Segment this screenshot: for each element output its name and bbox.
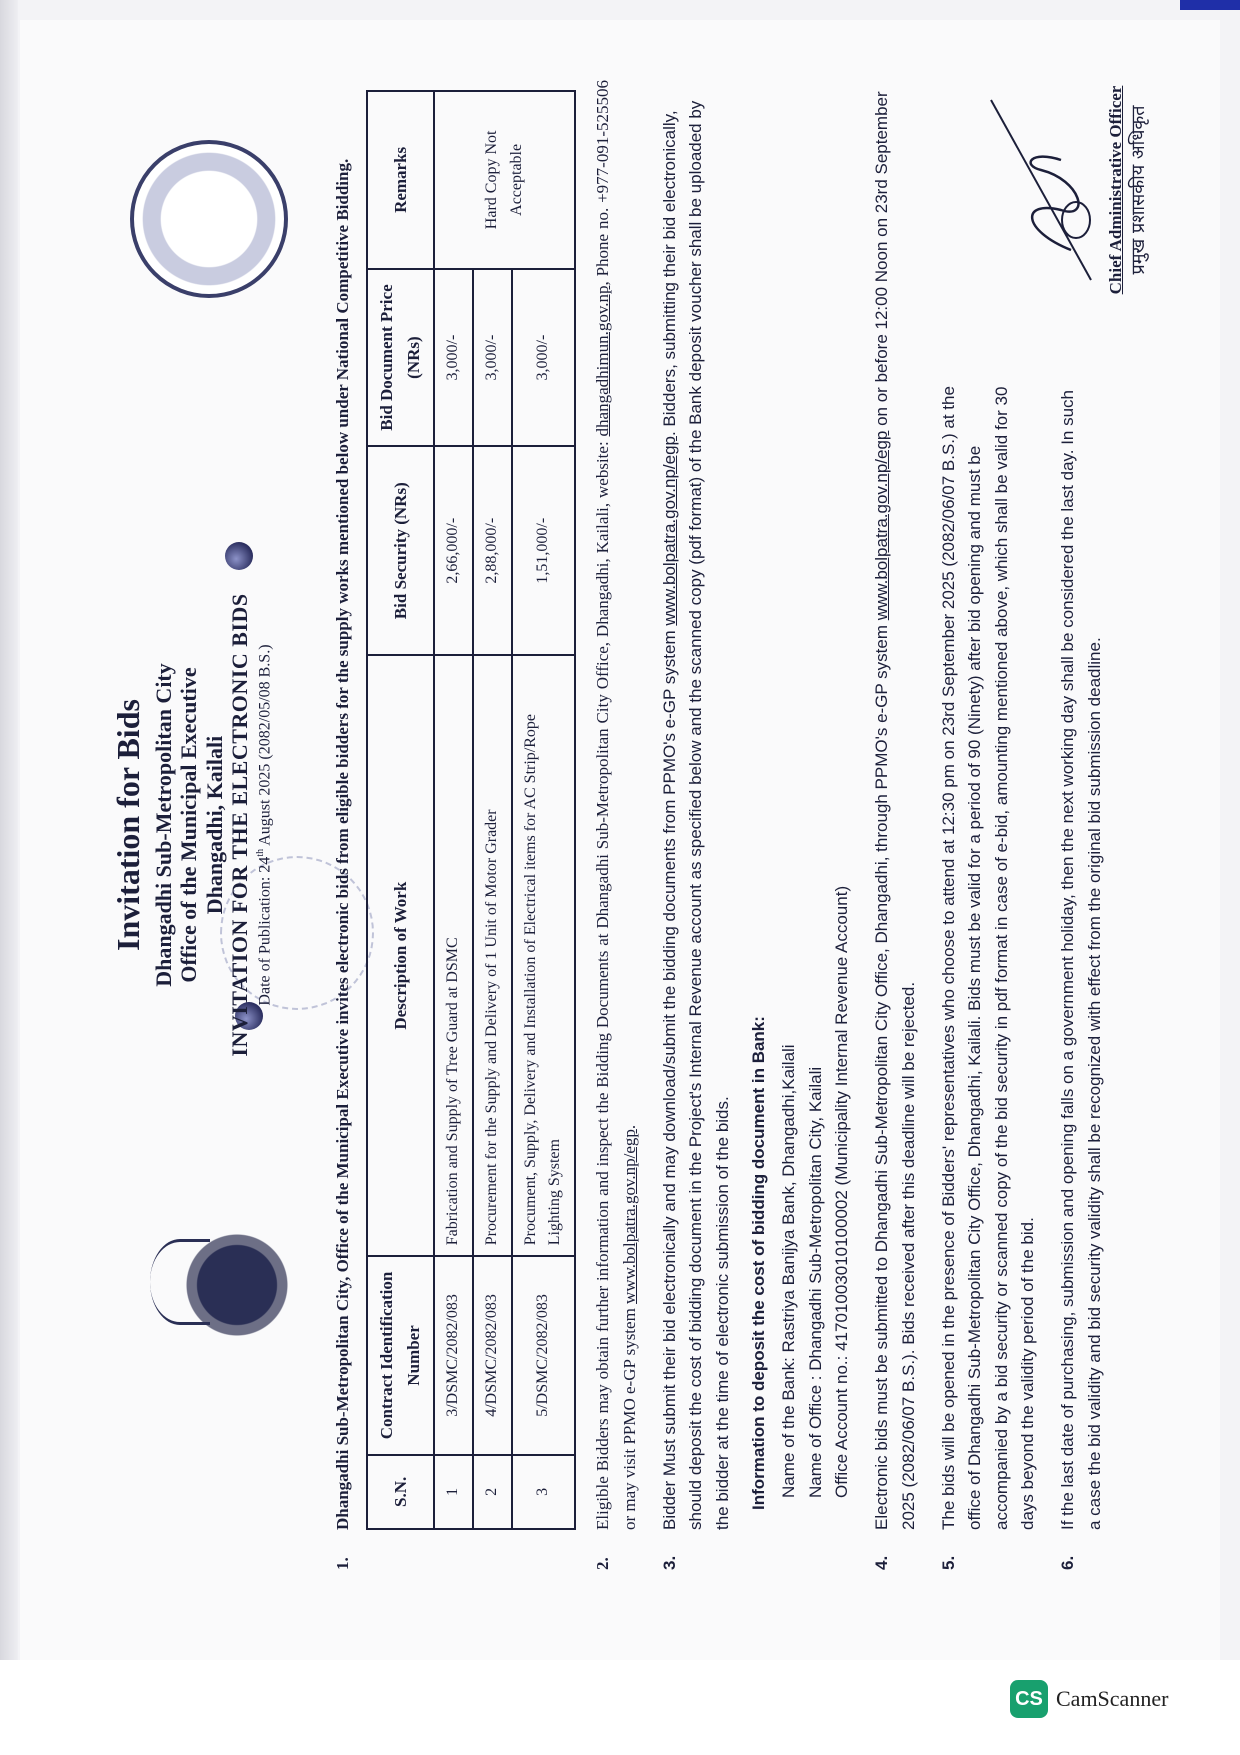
website-link[interactable]: dhangadhimun.gov.np [593, 286, 612, 437]
bids-table: S.N. Contract Identification Number Desc… [366, 90, 576, 1530]
letterhead: Invitation for Bids Dhangadhi Sub-Metrop… [60, 80, 310, 1570]
camscanner-watermark: CS CamScanner [1010, 1680, 1168, 1718]
item-2: 2. Eligible Bidders may obtain further i… [590, 80, 643, 1570]
col-remarks: Remarks [367, 91, 434, 269]
item-1: 1. Dhangadhi Sub-Metropolitan City, Offi… [330, 80, 576, 1570]
table-row: 1 3/DSMC/2082/083 Fabrication and Supply… [434, 91, 473, 1529]
egp-link[interactable]: www.bolpatra.gov.np/egp [660, 436, 679, 626]
col-sn: S.N. [367, 1455, 434, 1529]
table-row: 2 4/DSMC/2082/083 Procurement for the Su… [473, 91, 512, 1529]
org-office: Office of the Municipal Executive [176, 80, 201, 1570]
bid-notice-page: Invitation for Bids Dhangadhi Sub-Metrop… [20, 20, 1220, 1660]
signature-block: Chief Administrative Officer प्रमुख प्रश… [981, 60, 1150, 320]
title-block: Invitation for Bids Dhangadhi Sub-Metrop… [110, 80, 274, 1570]
egp-link[interactable]: www.bolpatra.gov.np/egp [872, 431, 891, 621]
camscanner-logo-icon: CS [1010, 1680, 1048, 1718]
item-3: 3. Bidder Must submit their bid electron… [657, 80, 855, 1570]
camscanner-label: CamScanner [1056, 1686, 1168, 1712]
signatory-title: Chief Administrative Officer [1106, 60, 1126, 320]
account-number: Office Account no.: 41701003010100002 (M… [829, 80, 855, 1498]
table-row: 3 5/DSMC/2082/083 Procument, Supply, Del… [512, 91, 576, 1529]
col-contract: Contract Identification Number [367, 1256, 434, 1454]
col-bid-security: Bid Security (NRs) [367, 446, 434, 655]
scan-edge [0, 0, 18, 1660]
egp-link[interactable]: www.bolpatra.gov.np/egp [620, 1129, 639, 1304]
signature-icon [981, 90, 1101, 290]
col-description: Description of Work [367, 655, 434, 1256]
corner-mark [1180, 0, 1240, 10]
col-doc-price: Bid Document Price (NRs) [367, 269, 434, 447]
org-location: Dhangadhi, Kailali [202, 80, 227, 1570]
org-name: Dhangadhi Sub-Metropolitan City [151, 80, 176, 1570]
item-4: 4. Electronic bids must be submitted to … [869, 80, 922, 1570]
remarks-cell: Hard Copy Not Acceptable [434, 91, 575, 269]
office-name: Name of Office : Dhangadhi Sub-Metropoli… [803, 80, 829, 1498]
publication-date: Date of Publication: 24th August 2025 (2… [255, 80, 274, 1570]
bank-info-heading: Information to deposit the cost of biddi… [746, 80, 772, 1510]
bank-name: Name of the Bank: Rastriya Banijya Bank,… [776, 80, 802, 1498]
signatory-title-nepali: प्रमुख प्रशासकीय अधिकृत [1126, 60, 1150, 320]
table-header-row: S.N. Contract Identification Number Desc… [367, 91, 434, 1529]
notice-title: INVITATION FOR THE ELECTRONIC BIDS [227, 80, 253, 1570]
page-title: Invitation for Bids [110, 80, 147, 1570]
